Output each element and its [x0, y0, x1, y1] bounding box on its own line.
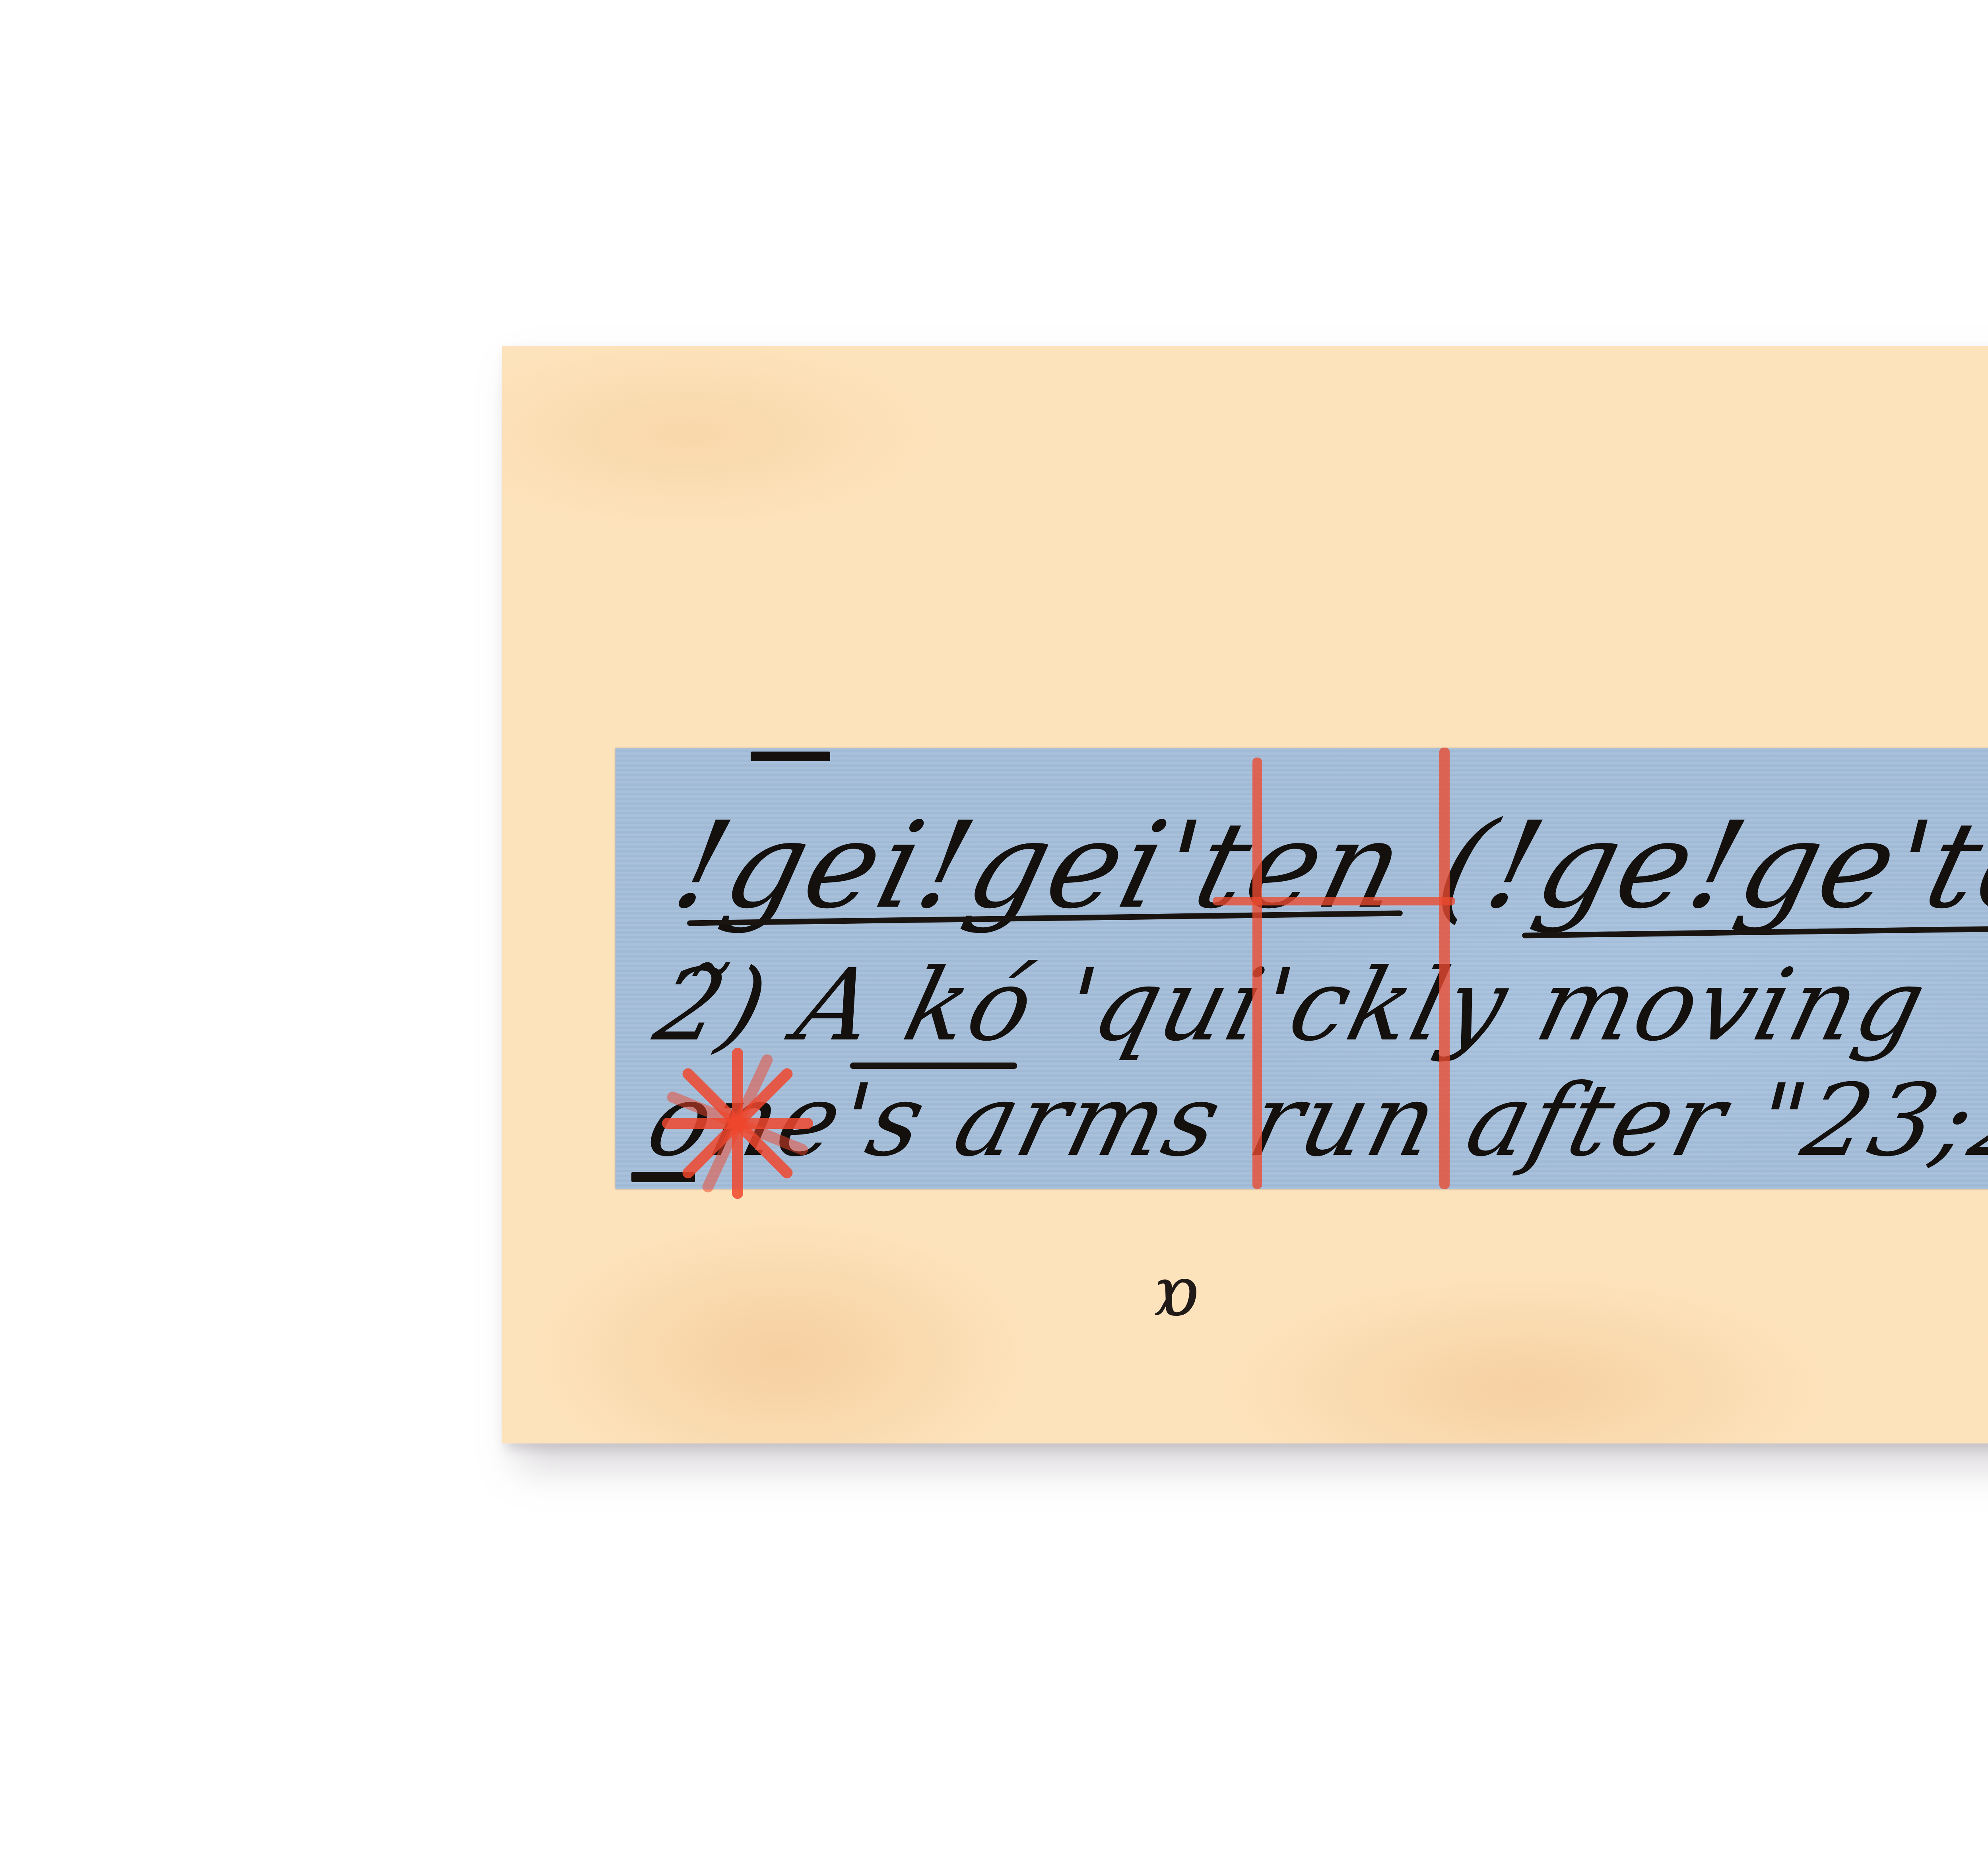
red-h-left-stroke — [1252, 758, 1262, 1189]
entry-definition-line: 2̃) A kó 'qui'ckly moving — [645, 947, 1939, 1063]
slip-corner-dash-top — [751, 752, 830, 761]
entry-reference-line: one's arms run after "23;24,21; — [637, 1063, 1988, 1178]
index-card: !gei!gei'ten (!ge!ge'ten 2̃) A kó 'qui'c… — [502, 346, 1988, 1443]
blue-slip: !gei!gei'ten (!ge!ge'ten 2̃) A kó 'qui'c… — [615, 748, 1988, 1189]
red-h-right-stroke — [1439, 748, 1450, 1189]
card-corner-mark: ɒ — [1153, 1253, 1199, 1331]
red-h-crossbar — [1213, 897, 1455, 905]
